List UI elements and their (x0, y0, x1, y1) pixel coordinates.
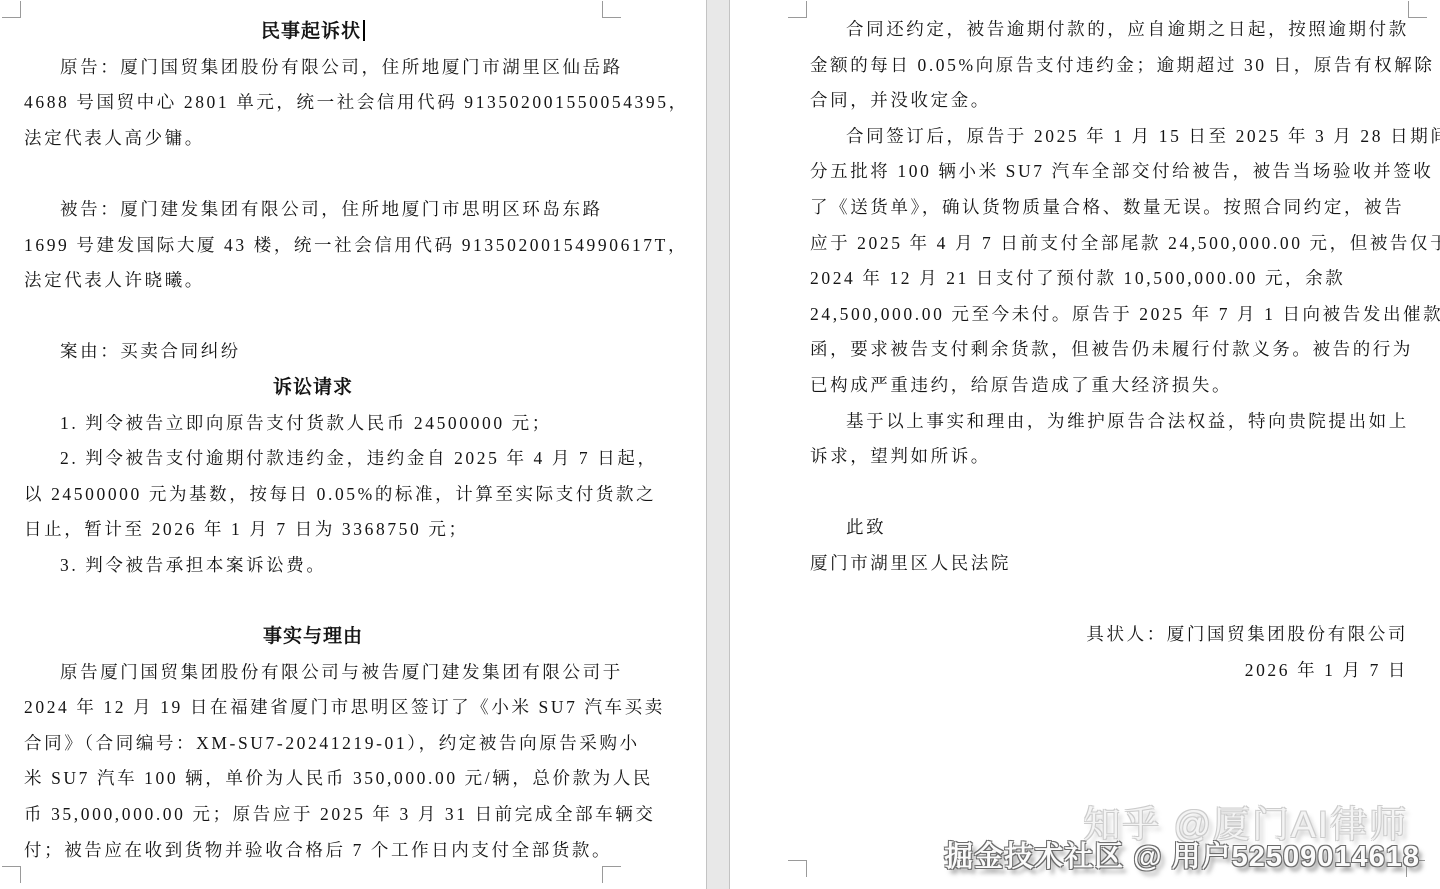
doc-line[interactable]: 付；被告应在收到货物并验收合格后 7 个工作日内支付全部货款。 (24, 833, 602, 869)
blank-line[interactable] (810, 475, 1408, 511)
doc-line[interactable]: 币 35,000,000.00 元；原告应于 2025 年 3 月 31 日前完… (24, 797, 602, 833)
court-name-line[interactable]: 厦门市湖里区人民法院 (810, 546, 1408, 582)
doc-line[interactable]: 函，要求被告支付剩余货款，但被告仍未履行付款义务。被告的行为 (810, 332, 1408, 368)
facts-heading[interactable]: 事实与理由 (24, 619, 602, 655)
margin-crop-mark (602, 866, 621, 883)
case-cause-line[interactable]: 案由：买卖合同纠纷 (24, 334, 602, 370)
text-cursor (363, 20, 365, 41)
page-gutter (706, 0, 730, 889)
doc-line[interactable]: 原告厦门国贸集团股份有限公司与被告厦门建发集团有限公司于 (24, 655, 602, 691)
doc-line[interactable]: 合同，并没收定金。 (810, 83, 1408, 119)
watermark-juejin: 掘金技术社区 @ 用户52509014618 (944, 834, 1420, 875)
document-page-1[interactable]: 民事起诉状 原告：厦门国贸集团股份有限公司，住所地厦门市湖里区仙岳路 4688 … (0, 0, 706, 889)
doc-line[interactable]: 金额的每日 0.05%向原告支付违约金；逾期超过 30 日，原告有权解除 (810, 48, 1408, 84)
blank-line[interactable] (24, 299, 602, 335)
doc-line[interactable]: 米 SU7 汽车 100 辆，单价为人民币 350,000.00 元/辆，总价款… (24, 761, 602, 797)
margin-crop-mark (1408, 1, 1427, 18)
claims-heading[interactable]: 诉讼请求 (24, 370, 602, 406)
margin-crop-mark (2, 1, 21, 18)
blank-line[interactable] (24, 156, 602, 192)
doc-line[interactable]: 合同》（合同编号：XM-SU7-20241219-01），约定被告向原告采购小 (24, 726, 602, 762)
margin-crop-mark (788, 1, 807, 18)
doc-line[interactable]: 2024 年 12 月 19 日在福建省厦门市思明区签订了《小米 SU7 汽车买… (24, 690, 602, 726)
doc-line[interactable]: 分五批将 100 辆小米 SU7 汽车全部交付给被告，被告当场验收并签收 (810, 154, 1408, 190)
doc-line[interactable]: 法定代表人许晓曦。 (24, 263, 602, 299)
filing-date-line[interactable]: 2026 年 1 月 7 日 (810, 653, 1408, 689)
margin-crop-mark (788, 860, 807, 877)
page-2-text: 合同还约定，被告逾期付款的，应自逾期之日起，按照逾期付款 金额的每日 0.05%… (810, 12, 1408, 688)
doc-line[interactable]: 合同签订后，原告于 2025 年 1 月 15 日至 2025 年 3 月 28… (810, 119, 1408, 155)
doc-line[interactable]: 基于以上事实和理由，为维护原告合法权益，特向贵院提出如上 (810, 404, 1408, 440)
page-1-text: 民事起诉状 原告：厦门国贸集团股份有限公司，住所地厦门市湖里区仙岳路 4688 … (24, 14, 602, 868)
claim-item-3[interactable]: 3. 判令被告承担本案诉讼费。 (24, 548, 602, 584)
document-page-2[interactable]: 合同还约定，被告逾期付款的，应自逾期之日起，按照逾期付款 金额的每日 0.05%… (730, 0, 1440, 889)
doc-line[interactable]: 合同还约定，被告逾期付款的，应自逾期之日起，按照逾期付款 (810, 12, 1408, 48)
margin-crop-mark (602, 1, 621, 18)
salutation-line[interactable]: 此致 (810, 510, 1408, 546)
doc-line[interactable]: 应于 2025 年 4 月 7 日前支付全部尾款 24,500,000.00 元… (810, 226, 1408, 262)
claim-item-2[interactable]: 2. 判令被告支付逾期付款违约金，违约金自 2025 年 4 月 7 日起， (24, 441, 602, 477)
doc-title: 民事起诉状 (261, 21, 361, 42)
doc-line[interactable]: 法定代表人高少镛。 (24, 121, 602, 157)
doc-line[interactable]: 了《送货单》，确认货物质量合格、数量无误。按照合同约定，被告 (810, 190, 1408, 226)
doc-line[interactable]: 24,500,000.00 元至今未付。原告于 2025 年 7 月 1 日向被… (810, 297, 1408, 333)
claim-item-1[interactable]: 1. 判令被告立即向原告支付货款人民币 24500000 元； (24, 406, 602, 442)
defendant-info-line[interactable]: 被告：厦门建发集团有限公司，住所地厦门市思明区环岛东路 (24, 192, 602, 228)
doc-line[interactable]: 1699 号建发国际大厦 43 楼，统一社会信用代码 9135020015499… (24, 228, 602, 264)
doc-line[interactable]: 已构成严重违约，给原告造成了重大经济损失。 (810, 368, 1408, 404)
doc-title-line[interactable]: 民事起诉状 (24, 14, 602, 50)
margin-crop-mark (2, 866, 21, 883)
doc-line[interactable]: 4688 号国贸中心 2801 单元，统一社会信用代码 913502001550… (24, 85, 602, 121)
doc-line[interactable]: 诉求，望判如所诉。 (810, 439, 1408, 475)
signatory-line[interactable]: 具状人：厦门国贸集团股份有限公司 (810, 617, 1408, 653)
blank-line[interactable] (24, 584, 602, 620)
plaintiff-info-line[interactable]: 原告：厦门国贸集团股份有限公司，住所地厦门市湖里区仙岳路 (24, 50, 602, 86)
doc-line[interactable]: 日止，暂计至 2026 年 1 月 7 日为 3368750 元； (24, 512, 602, 548)
blank-line[interactable] (810, 582, 1408, 618)
word-processor-page-view: 民事起诉状 原告：厦门国贸集团股份有限公司，住所地厦门市湖里区仙岳路 4688 … (0, 0, 1440, 889)
doc-line[interactable]: 以 24500000 元为基数，按每日 0.05%的标准，计算至实际支付货款之 (24, 477, 602, 513)
doc-line[interactable]: 2024 年 12 月 21 日支付了预付款 10,500,000.00 元，余… (810, 261, 1408, 297)
